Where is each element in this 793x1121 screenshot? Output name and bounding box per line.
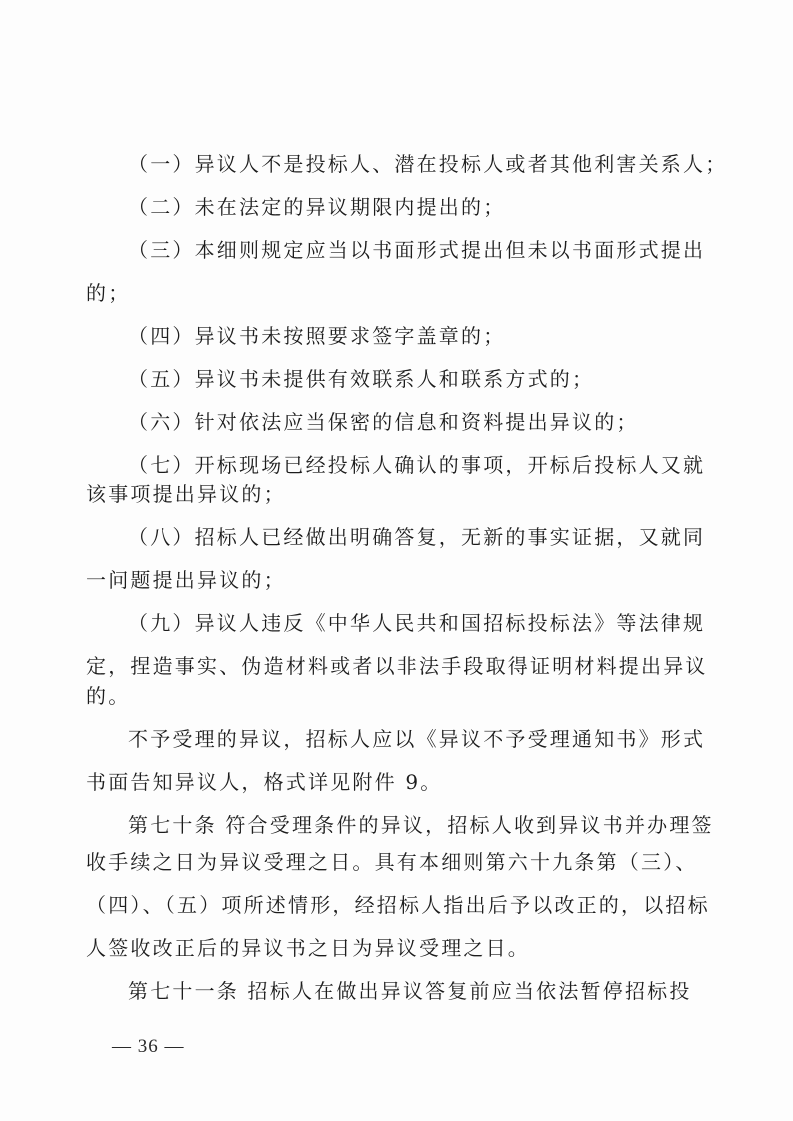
text-line: （一）异议人不是投标人、潜在投标人或者其他利害关系人； [128, 152, 748, 176]
text-line: 不予受理的异议，招标人应以《异议不予受理通知书》形式 [128, 727, 748, 751]
article-heading-line: 第七十一条 招标人在做出异议答复前应当依法暂停招标投 [128, 979, 748, 1003]
text-line: 的； [86, 281, 706, 305]
text-line: （三）本细则规定应当以书面形式提出但未以书面形式提出 [128, 238, 748, 262]
text-line: 一问题提出异议的； [86, 568, 706, 592]
text-line: （九）异议人违反《中华人民共和国招标投标法》等法律规 [128, 611, 748, 635]
text-line: （四）异议书未按照要求签字盖章的； [128, 324, 748, 348]
article-heading-line: 第七十条 符合受理条件的异议，招标人收到异议书并办理签 [128, 813, 748, 837]
text-line: （二）未在法定的异议期限内提出的； [128, 195, 748, 219]
text-line: （五）异议书未提供有效联系人和联系方式的； [128, 367, 748, 391]
text-line: 该事项提出异议的； [86, 482, 706, 506]
text-line: 人签收改正后的异议书之日为异议受理之日。 [86, 936, 706, 960]
text-line: （六）针对依法应当保密的信息和资料提出异议的； [128, 410, 748, 434]
text-line: 书面告知异议人，格式详见附件 9。 [86, 770, 706, 794]
text-line: （八）招标人已经做出明确答复，无新的事实证据，又就同 [128, 525, 748, 549]
page-number: — 36 — [112, 1036, 185, 1058]
document-page: （一）异议人不是投标人、潜在投标人或者其他利害关系人； （二）未在法定的异议期限… [0, 0, 793, 1121]
text-line: 收手续之日为异议受理之日。具有本细则第六十九条第（三）、 [86, 850, 706, 874]
text-line: （七）开标现场已经投标人确认的事项，开标后投标人又就 [128, 453, 748, 477]
text-line: （四）、（五）项所述情形，经招标人指出后予以改正的，以招标 [86, 893, 706, 917]
text-line: 定，捏造事实、伪造材料或者以非法手段取得证明材料提出异议 [86, 654, 706, 678]
text-line: 的。 [86, 684, 706, 708]
